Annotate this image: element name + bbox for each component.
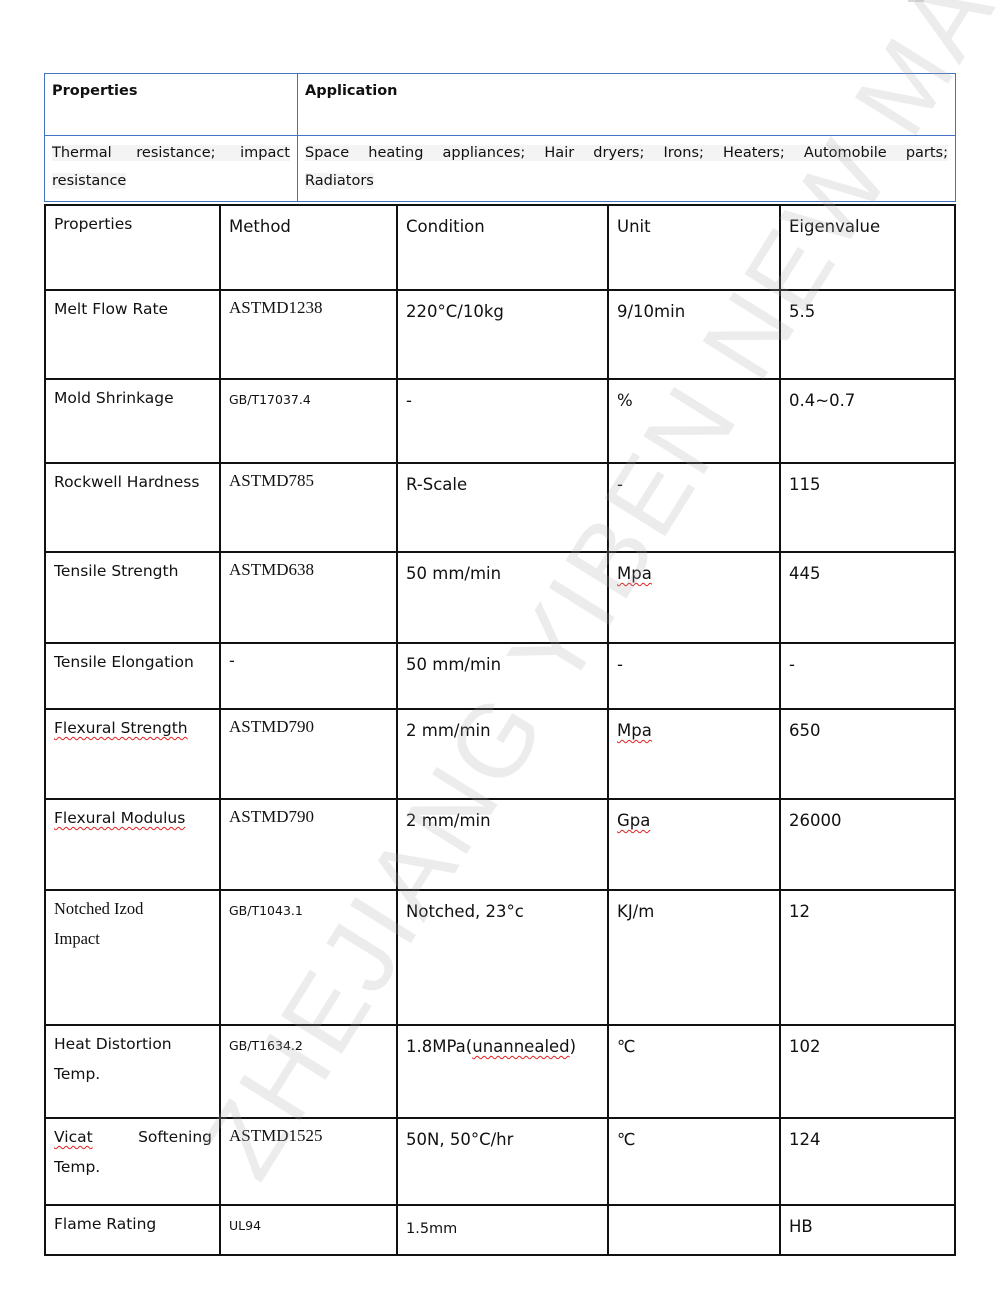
value-cell: 115 — [780, 463, 955, 552]
method-cell: - — [220, 643, 397, 709]
unit-cell: ℃ — [608, 1025, 780, 1118]
unit-cell: - — [608, 463, 780, 552]
unit-cell: Mpa — [608, 709, 780, 799]
value-cell: HB — [780, 1205, 955, 1255]
table-row: Heat Distortion Temp. GB/T1634.2 1.8MPa(… — [45, 1025, 955, 1118]
table-row: Tensile Strength ASTMD638 50 mm/min Mpa … — [45, 552, 955, 643]
condition-squiggle-word: unannealed — [472, 1037, 569, 1056]
method-cell: UL94 — [220, 1205, 397, 1255]
unit-cell: KJ/m — [608, 890, 780, 1025]
condition-cell: R-Scale — [397, 463, 608, 552]
table-row: Melt Flow Rate ASTMD1238 220°C/10kg 9/10… — [45, 290, 955, 379]
table-row: Flexural Strength ASTMD790 2 mm/min Mpa … — [45, 709, 955, 799]
condition-cell: 2 mm/min — [397, 709, 608, 799]
method-cell: ASTMD1238 — [220, 290, 397, 379]
value-cell: 445 — [780, 552, 955, 643]
method-cell: ASTMD790 — [220, 799, 397, 890]
summary-properties-cell: Thermal resistance; impact resistance — [45, 136, 298, 202]
property-cell: Rockwell Hardness — [45, 463, 220, 552]
unit-cell — [608, 1205, 780, 1255]
unit-cell: 9/10min — [608, 290, 780, 379]
property-word-softening: Softening — [138, 1122, 212, 1152]
condition-cell: 1.5mm — [397, 1205, 608, 1255]
property-cell: Notched Izod Impact — [45, 890, 220, 1025]
method-cell: GB/T1043.1 — [220, 890, 397, 1025]
unit-text: Mpa — [617, 564, 652, 583]
property-text-line-1: VicatSoftening — [54, 1122, 212, 1152]
value-cell: 124 — [780, 1118, 955, 1205]
value-cell: 102 — [780, 1025, 955, 1118]
summary-properties-text: Thermal resistance; impact resistance — [52, 145, 290, 189]
condition-cell: Notched, 23°c — [397, 890, 608, 1025]
value-cell: 26000 — [780, 799, 955, 890]
header-eigenvalue: Eigenvalue — [780, 205, 955, 290]
condition-cell: 50N, 50°C/hr — [397, 1118, 608, 1205]
summary-table: Properties Application Thermal resistanc… — [44, 73, 956, 202]
property-cell: Tensile Strength — [45, 552, 220, 643]
table-row: Flexural Modulus ASTMD790 2 mm/min Gpa 2… — [45, 799, 955, 890]
table-row: Flame Rating UL94 1.5mm HB — [45, 1205, 955, 1255]
property-text: Notched Izod Impact — [54, 894, 164, 954]
unit-text: Gpa — [617, 811, 650, 830]
value-cell: 650 — [780, 709, 955, 799]
property-text: Flexural Modulus — [54, 809, 185, 827]
summary-header-properties: Properties — [45, 74, 298, 136]
summary-header-application: Application — [298, 74, 956, 136]
property-cell: Flexural Strength — [45, 709, 220, 799]
header-properties: Properties — [45, 205, 220, 290]
table-row: Mold Shrinkage GB/T17037.4 - % 0.4~0.7 — [45, 379, 955, 463]
summary-header-row: Properties Application — [45, 74, 956, 136]
value-cell: - — [780, 643, 955, 709]
property-cell: Mold Shrinkage — [45, 379, 220, 463]
property-table: Properties Method Condition Unit Eigenva… — [44, 204, 956, 1256]
unit-cell: ℃ — [608, 1118, 780, 1205]
property-word-vicat: Vicat — [54, 1122, 93, 1152]
property-table-header-row: Properties Method Condition Unit Eigenva… — [45, 205, 955, 290]
condition-cell: 50 mm/min — [397, 643, 608, 709]
unit-cell: Mpa — [608, 552, 780, 643]
unit-cell: - — [608, 643, 780, 709]
header-unit: Unit — [608, 205, 780, 290]
table-row: Rockwell Hardness ASTMD785 R-Scale - 115 — [45, 463, 955, 552]
method-cell: ASTMD1525 — [220, 1118, 397, 1205]
condition-cell: 1.8MPa(unannealed) — [397, 1025, 608, 1118]
value-cell: 5.5 — [780, 290, 955, 379]
page-corner-mark — [908, 0, 924, 2]
table-row: VicatSoftening Temp. ASTMD1525 50N, 50°C… — [45, 1118, 955, 1205]
property-text-line-2: Temp. — [54, 1152, 212, 1182]
property-cell: Heat Distortion Temp. — [45, 1025, 220, 1118]
property-cell: Flexural Modulus — [45, 799, 220, 890]
method-cell: ASTMD638 — [220, 552, 397, 643]
method-cell: GB/T17037.4 — [220, 379, 397, 463]
property-cell: Tensile Elongation — [45, 643, 220, 709]
property-cell: Flame Rating — [45, 1205, 220, 1255]
condition-text: 1.8MPa(unannealed) — [406, 1037, 576, 1056]
condition-cell: 2 mm/min — [397, 799, 608, 890]
header-method: Method — [220, 205, 397, 290]
summary-application-cell: Space heating appliances; Hair dryers; I… — [298, 136, 956, 202]
header-condition: Condition — [397, 205, 608, 290]
condition-cell: 220°C/10kg — [397, 290, 608, 379]
unit-cell: % — [608, 379, 780, 463]
summary-body-row: Thermal resistance; impact resistance Sp… — [45, 136, 956, 202]
condition-cell: 50 mm/min — [397, 552, 608, 643]
summary-application-text: Space heating appliances; Hair dryers; I… — [305, 145, 948, 189]
method-cell: GB/T1634.2 — [220, 1025, 397, 1118]
property-cell: Melt Flow Rate — [45, 290, 220, 379]
method-cell: ASTMD785 — [220, 463, 397, 552]
value-cell: 0.4~0.7 — [780, 379, 955, 463]
unit-cell: Gpa — [608, 799, 780, 890]
property-text: Flexural Strength — [54, 719, 188, 737]
unit-text: Mpa — [617, 721, 652, 740]
table-row: Tensile Elongation - 50 mm/min - - — [45, 643, 955, 709]
property-text: Heat Distortion Temp. — [54, 1029, 179, 1089]
value-cell: 12 — [780, 890, 955, 1025]
method-cell: ASTMD790 — [220, 709, 397, 799]
property-cell: VicatSoftening Temp. — [45, 1118, 220, 1205]
table-row: Notched Izod Impact GB/T1043.1 Notched, … — [45, 890, 955, 1025]
condition-cell: - — [397, 379, 608, 463]
